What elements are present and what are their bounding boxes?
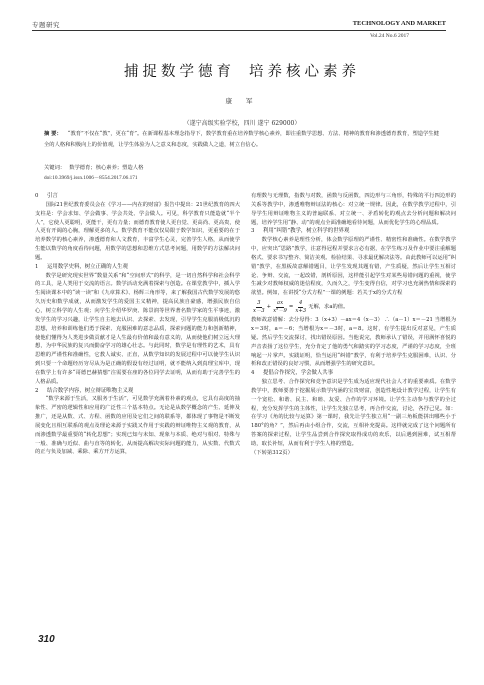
body-paragraph: 国际21世纪教育委员会在《学习——内在的财富》报告中提出：21世纪教育的四大支柱… <box>35 201 240 263</box>
section-title: 利用“纠错”教学，树立科学的世界观 <box>263 228 349 234</box>
keywords: 关键词：数学德育；核心素养；塑造人格 <box>44 163 143 171</box>
formula-suffix: 无解，求a的值。 <box>308 303 348 312</box>
article-title: 捕捉数学德育培养核心素养 <box>0 60 484 81</box>
left-column: 0引言国际21世纪教育委员会在《学习——内在的财富》报告中提出：21世纪教育的四… <box>35 192 240 457</box>
numerator: ax <box>276 300 284 308</box>
body-paragraph: 有理数与无理数，指数与对数，函数与反函数，四边形与三角形，特殊的平行四边形的关系… <box>251 192 456 227</box>
body-paragraph: “数学来源于生活，又服务于生活”，可见数学充满着朴素的观点，它具有高度的抽象性、… <box>35 395 240 457</box>
abstract: 摘 要：“教育”不仅在“教”，更在“育”。在新课程基本理念指导下，数学教育重在培… <box>44 129 439 150</box>
running-header-section: 专题研究 <box>32 20 60 29</box>
numerator: 4 <box>298 300 303 308</box>
title-part-1: 捕捉数学德育 <box>124 64 235 80</box>
denominator: x+3 <box>295 308 306 315</box>
math-formula: 3x－3+axx²－9=4x+3无解，求a的值。 <box>251 298 456 316</box>
section-title: 提倡合作探究，学会做人共事 <box>263 370 333 376</box>
affiliation: （遂宁高级实验学校，四川 遂宁 629000） <box>0 118 484 127</box>
section-number: 2 <box>35 387 47 396</box>
fraction: 4x+3 <box>295 300 306 315</box>
continued-note: （下转第312页） <box>251 449 456 458</box>
section-number: 1 <box>35 263 47 272</box>
abstract-text: “教育”不仅在“教”，更在“育”。在新课程基本理念指导下，数学教育重在培养数学核… <box>44 131 439 148</box>
body-paragraph: 数学是研究现实世界“数量关系”和“空间形式”的科学，是一切自然科学和社会科学的工… <box>35 272 240 387</box>
running-header-volume: Vol.24 No.6 2017 <box>370 33 409 39</box>
right-column: 有理数与无理数，指数与对数，函数与反函数，四边形与三角形，特殊的平行四边形的关系… <box>251 192 456 458</box>
section-heading: 2结合数学内容，树立辩证唯物主义观 <box>35 387 240 396</box>
fraction: 3x－3 <box>253 300 265 315</box>
keywords-text: 数学德育；核心素养；塑造人格 <box>69 165 143 171</box>
body-paragraph: 数学核心素养是理性分析，体会数学原理的严谨性、精密性和准确性。在数学教学中，应突… <box>251 236 456 298</box>
header-rule <box>32 30 446 31</box>
section-title: 运用数学史料，树立正确的人生观 <box>47 264 128 270</box>
fraction: axx²－9 <box>273 300 287 315</box>
operator: = <box>289 303 293 312</box>
doi: doi:10.3969/j.issn.1006－8554.2017.06.171 <box>44 173 138 181</box>
operator: + <box>267 303 271 312</box>
section-heading: 0引言 <box>35 192 240 201</box>
section-title: 结合数学内容，树立辩证唯物主义观 <box>47 388 133 394</box>
section-number: 4 <box>251 369 263 378</box>
page-number: 310 <box>38 634 55 645</box>
running-header-journal: TECHNOLOGY AND MARKET <box>353 20 446 27</box>
body-paragraph: 独立思考、合作探究和竞争意识是学生成为适应现代社会人才的重要素质。在数学教学中，… <box>251 378 456 449</box>
denominator: x－3 <box>253 308 265 315</box>
section-heading: 3利用“纠错”教学，树立科学的世界观 <box>251 227 456 236</box>
author: 康 军 <box>0 96 484 105</box>
section-number: 3 <box>251 227 263 236</box>
numerator: 3 <box>256 300 261 308</box>
title-part-2: 培养核心素养 <box>249 64 360 80</box>
section-number: 0 <box>35 192 47 201</box>
section-heading: 4提倡合作探究，学会做人共事 <box>251 369 456 378</box>
body-paragraph: 教师故意错解：去分母得：3（x+3）－ax＝4（x－3） ∴（a－1）x＝－21… <box>251 316 456 369</box>
section-title: 引言 <box>47 193 58 199</box>
denominator: x²－9 <box>273 308 287 315</box>
abstract-label: 摘 要： <box>44 131 62 137</box>
section-heading: 1运用数学史料，树立正确的人生观 <box>35 263 240 272</box>
keywords-label: 关键词： <box>44 165 65 171</box>
